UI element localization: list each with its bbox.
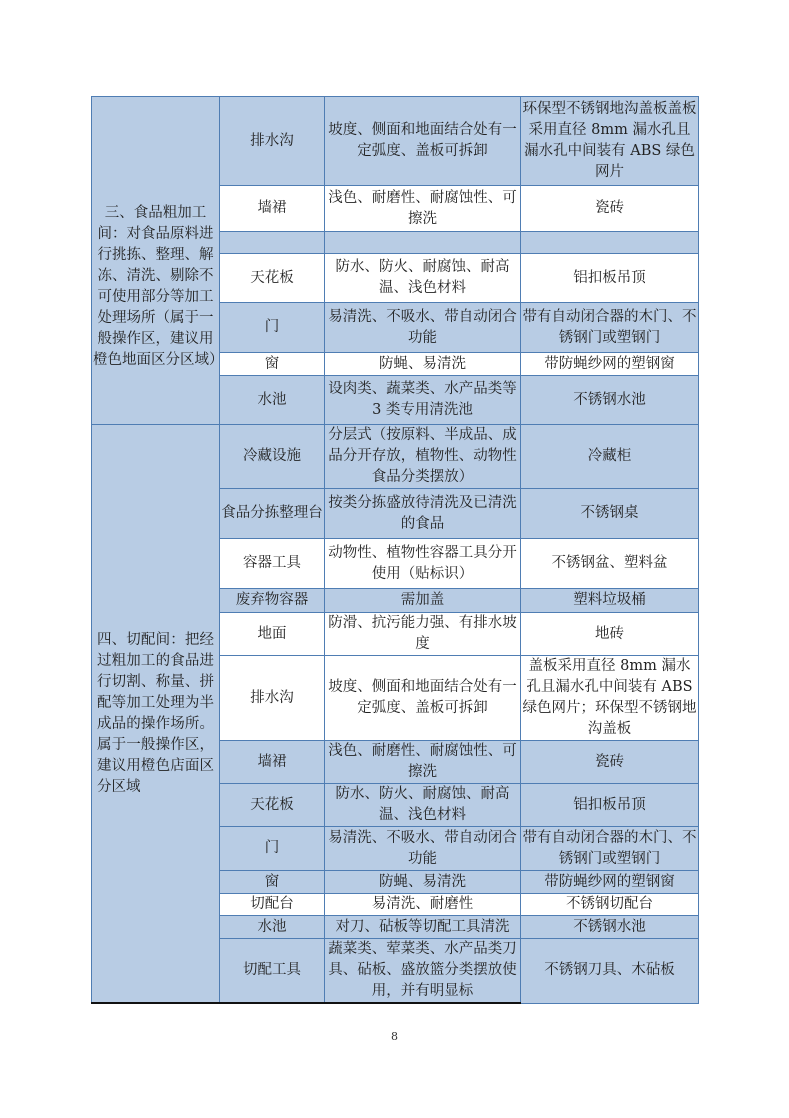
material-cell: 环保型不锈钢地沟盖板盖板采用直径 8mm 漏水孔且漏水孔中间装有 ABS 绿色网… — [521, 97, 699, 186]
area-cell-cutting-room: 四、切配间：把经过粗加工的食品进行切割、称量、拼配等加工处理为半成品的操作场所。… — [92, 425, 220, 1004]
material-cell: 带有自动闭合器的木门、不锈钢门或塑钢门 — [521, 827, 699, 871]
requirement-cell: 防水、防火、耐腐蚀、耐高温、浅色材料 — [325, 784, 521, 827]
item-cell: 窗 — [220, 353, 325, 376]
requirement-cell: 按类分拣盛放待清洗及已清洗的食品 — [325, 489, 521, 539]
material-cell: 不锈钢刀具、木砧板 — [521, 939, 699, 1004]
requirement-cell: 坡度、侧面和地面结合处有一定弧度、盖板可拆卸 — [325, 656, 521, 741]
area-cell-rough-processing: 三、食品粗加工间：对食品原料进行挑拣、整理、解冻、清洗、剔除不可使用部分等加工处… — [92, 97, 220, 425]
item-cell: 容器工具 — [220, 539, 325, 589]
item-cell: 排水沟 — [220, 656, 325, 741]
material-cell: 不锈钢盆、塑料盆 — [521, 539, 699, 589]
item-cell: 废弃物容器 — [220, 589, 325, 613]
material-cell: 瓷砖 — [521, 186, 699, 232]
material-cell: 铝扣板吊顶 — [521, 254, 699, 303]
item-cell: 切配工具 — [220, 939, 325, 1004]
requirement-cell: 防蝇、易清洗 — [325, 871, 521, 894]
item-cell: 排水沟 — [220, 97, 325, 186]
item-cell: 冷藏设施 — [220, 425, 325, 489]
item-cell: 天花板 — [220, 254, 325, 303]
item-cell: 地面 — [220, 613, 325, 656]
material-cell: 带有自动闭合器的木门、不锈钢门或塑钢门 — [521, 303, 699, 353]
requirement-cell: 蔬菜类、荤菜类、水产品类刀具、砧板、盛放篮分类摆放使用，并有明显标 — [325, 939, 521, 1004]
area-description: 四、切配间：把经过粗加工的食品进行切割、称量、拼配等加工处理为半成品的操作场所。… — [93, 630, 218, 798]
item-cell: 天花板 — [220, 784, 325, 827]
requirement-cell: 易清洗、不吸水、带自动闭合功能 — [325, 303, 521, 353]
requirement-cell: 设肉类、蔬菜类、水产品类等 3 类专用清洗池 — [325, 376, 521, 425]
item-cell — [220, 232, 325, 254]
requirement-cell: 易清洗、耐磨性 — [325, 894, 521, 916]
requirement-cell: 分层式（按原料、半成品、成品分开存放，植物性、动物性食品分类摆放） — [325, 425, 521, 489]
item-cell: 食品分拣整理台 — [220, 489, 325, 539]
material-cell: 盖板采用直径 8mm 漏水孔且漏水孔中间装有 ABS 绿色网片；环保型不锈钢地沟… — [521, 656, 699, 741]
material-cell: 不锈钢切配台 — [521, 894, 699, 916]
material-cell: 地砖 — [521, 613, 699, 656]
material-cell: 不锈钢水池 — [521, 916, 699, 939]
item-cell: 窗 — [220, 871, 325, 894]
requirement-cell — [325, 232, 521, 254]
material-cell: 不锈钢水池 — [521, 376, 699, 425]
requirement-cell: 防滑、抗污能力强、有排水坡度 — [325, 613, 521, 656]
item-cell: 墙裙 — [220, 741, 325, 784]
requirement-cell: 防水、防火、耐腐蚀、耐高温、浅色材料 — [325, 254, 521, 303]
item-cell: 门 — [220, 827, 325, 871]
item-cell: 水池 — [220, 376, 325, 425]
material-cell: 塑料垃圾桶 — [521, 589, 699, 613]
requirement-cell: 防蝇、易清洗 — [325, 353, 521, 376]
material-cell: 带防蝇纱网的塑钢窗 — [521, 871, 699, 894]
requirement-cell: 动物性、植物性容器工具分开使用（贴标识） — [325, 539, 521, 589]
requirement-cell: 需加盖 — [325, 589, 521, 613]
requirement-cell: 对刀、砧板等切配工具清洗 — [325, 916, 521, 939]
requirement-cell: 浅色、耐磨性、耐腐蚀性、可擦洗 — [325, 741, 521, 784]
material-cell: 瓷砖 — [521, 741, 699, 784]
material-cell: 不锈钢桌 — [521, 489, 699, 539]
item-cell: 墙裙 — [220, 186, 325, 232]
requirement-cell: 浅色、耐磨性、耐腐蚀性、可擦洗 — [325, 186, 521, 232]
facility-spec-table: 三、食品粗加工间：对食品原料进行挑拣、整理、解冻、清洗、剔除不可使用部分等加工处… — [91, 96, 699, 1004]
requirement-cell: 易清洗、不吸水、带自动闭合功能 — [325, 827, 521, 871]
page-number: 8 — [0, 1030, 789, 1043]
material-cell: 带防蝇纱网的塑钢窗 — [521, 353, 699, 376]
item-cell: 切配台 — [220, 894, 325, 916]
requirement-cell: 坡度、侧面和地面结合处有一定弧度、盖板可拆卸 — [325, 97, 521, 186]
material-cell: 冷藏柜 — [521, 425, 699, 489]
area-description: 三、食品粗加工间：对食品原料进行挑拣、整理、解冻、清洗、剔除不可使用部分等加工处… — [93, 151, 218, 371]
item-cell: 水池 — [220, 916, 325, 939]
item-cell: 门 — [220, 303, 325, 353]
material-cell — [521, 232, 699, 254]
material-cell: 铝扣板吊顶 — [521, 784, 699, 827]
